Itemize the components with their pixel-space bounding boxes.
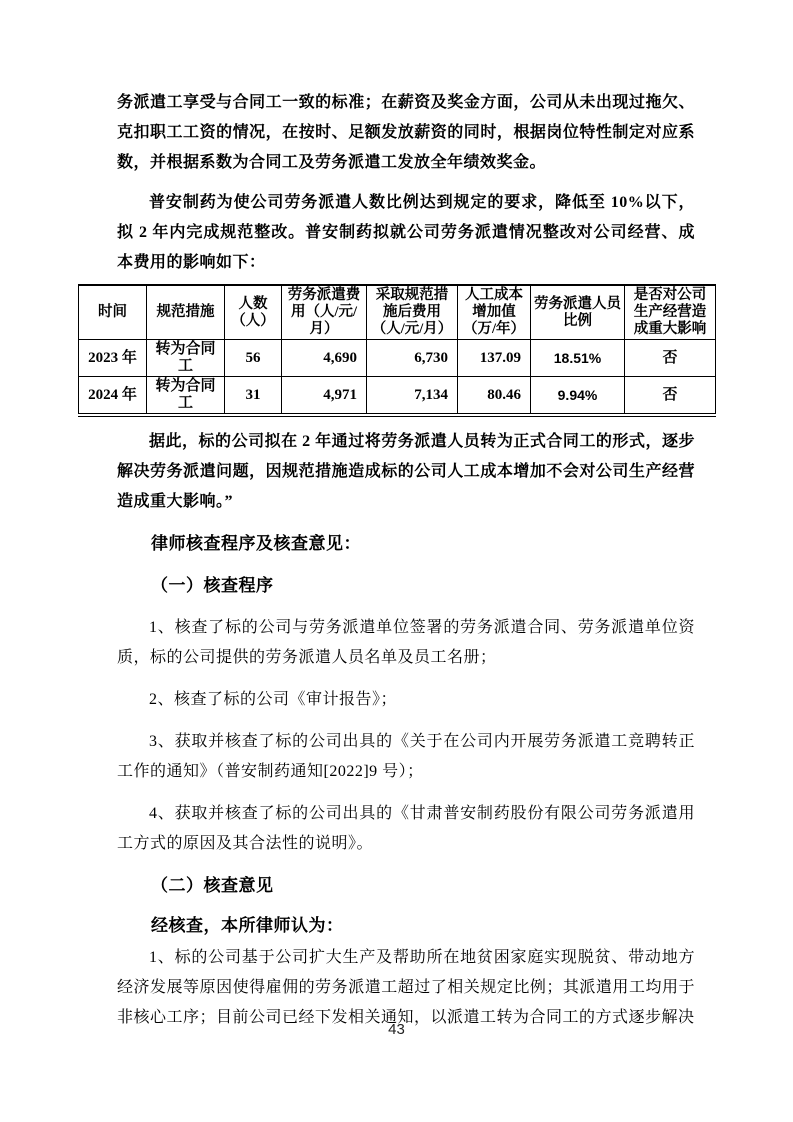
table-row: 2024 年转为合同工314,9717,13480.469.94%否 <box>79 377 716 416</box>
table-cell: 转为合同工 <box>147 340 225 377</box>
table-cell: 18.51% <box>531 340 625 377</box>
table-header-row: 时间规范措施人数（人）劳务派遣费用（人/元/月）采取规范措施后费用（人/元/月）… <box>79 285 716 340</box>
table-cell: 4,971 <box>282 377 367 416</box>
page-content: 务派遣工享受与合同工一致的标准；在薪资及奖金方面，公司从未出现过拖欠、克扣职工工… <box>117 88 695 1033</box>
table-cell: 31 <box>225 377 282 416</box>
table-cell: 4,690 <box>282 340 367 377</box>
subsection-heading-opinion: （二）核查意见 <box>117 871 695 901</box>
table-cell: 56 <box>225 340 282 377</box>
table-cell: 2023 年 <box>79 340 147 377</box>
table-cell: 否 <box>625 340 716 377</box>
procedure-item-1: 1、核查了标的公司与劳务派遣单位签署的劳务派遣合同、劳务派遣单位资质，标的公司提… <box>117 613 695 673</box>
procedure-item-3: 3、获取并核查了标的公司出具的《关于在公司内开展劳务派遣工竞聘转正工作的通知》（… <box>117 727 695 787</box>
table-header-cell: 劳务派遣费用（人/元/月） <box>282 285 367 340</box>
procedure-item-2: 2、核查了标的公司《审计报告》； <box>117 685 695 715</box>
table-cell: 9.94% <box>531 377 625 416</box>
table-header-cell: 是否对公司生产经营造成重大影响 <box>625 285 716 340</box>
opinion-item-1: 1、标的公司基于公司扩大生产及帮助所在地贫困家庭实现脱贫、带动地方经济发展等原因… <box>117 943 695 1033</box>
quote-paragraph-2: 普安制药为使公司劳务派遣人数比例达到规定的要求，降低至 10%以下，拟 2 年内… <box>117 188 695 278</box>
table-cell: 转为合同工 <box>147 377 225 416</box>
section-heading-lawyer-review: 律师核查程序及核查意见： <box>117 529 695 559</box>
table-cell: 2024 年 <box>79 377 147 416</box>
table-header-cell: 人数（人） <box>225 285 282 340</box>
table-header-cell: 采取规范措施后费用（人/元/月） <box>367 285 458 340</box>
opinion-lead: 经核查，本所律师认为： <box>117 911 695 941</box>
table-header-cell: 人工成本增加值（万/年） <box>458 285 531 340</box>
quote-paragraph-3: 据此，标的公司拟在 2 年通过将劳务派遣人员转为正式合同工的形式，逐步解决劳务派… <box>117 427 695 517</box>
table-cell: 80.46 <box>458 377 531 416</box>
subsection-heading-procedure: （一）核查程序 <box>117 571 695 601</box>
procedure-item-4: 4、获取并核查了标的公司出具的《甘肃普安制药股份有限公司劳务派遣用工方式的原因及… <box>117 799 695 859</box>
table-body: 2023 年转为合同工564,6906,730137.0918.51%否2024… <box>79 340 716 416</box>
table-header-cell: 劳务派遣人员比例 <box>531 285 625 340</box>
table-header-cell: 规范措施 <box>147 285 225 340</box>
table-header-cell: 时间 <box>79 285 147 340</box>
table-header: 时间规范措施人数（人）劳务派遣费用（人/元/月）采取规范措施后费用（人/元/月）… <box>79 285 716 340</box>
table-cell: 6,730 <box>367 340 458 377</box>
page-number: 43 <box>0 1021 793 1038</box>
document-page: 务派遣工享受与合同工一致的标准；在薪资及奖金方面，公司从未出现过拖欠、克扣职工工… <box>0 0 793 1122</box>
table-cell: 137.09 <box>458 340 531 377</box>
table-cell: 否 <box>625 377 716 416</box>
labor-dispatch-rectification-table: 时间规范措施人数（人）劳务派遣费用（人/元/月）采取规范措施后费用（人/元/月）… <box>78 284 716 417</box>
table-cell: 7,134 <box>367 377 458 416</box>
table-row: 2023 年转为合同工564,6906,730137.0918.51%否 <box>79 340 716 377</box>
quote-paragraph-1: 务派遣工享受与合同工一致的标准；在薪资及奖金方面，公司从未出现过拖欠、克扣职工工… <box>117 88 695 178</box>
